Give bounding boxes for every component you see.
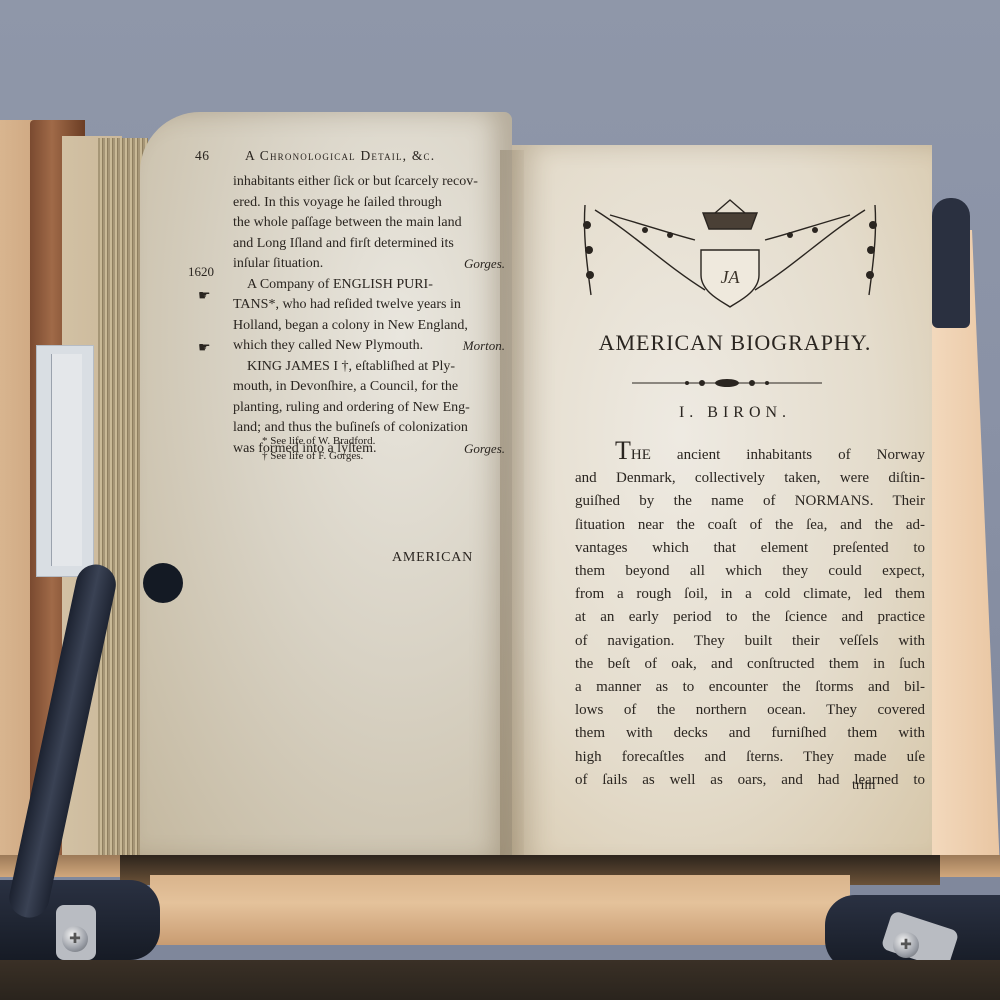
running-head-title: A Chronological Detail, &c. [245,148,435,164]
left-page-body: inhabitants either ſick or but ſcarcely … [233,172,505,459]
paper-bookmark [36,345,94,577]
screw-icon: ✚ [893,932,919,958]
footnote: † See life of F. Gorges. [262,449,375,464]
text-line: and Denmark, collectively taken, were di… [575,467,925,490]
drop-cap: T [615,436,631,465]
text-line: the beſt of oak, and conſtructed them in… [575,653,925,676]
page-holder-tip[interactable] [143,563,183,603]
stand-base-bar [150,875,850,945]
text-line: a manner as to encounter the ſtorms and … [575,676,925,699]
right-page-body: THE ancient inhabitants of Norway and De… [575,443,925,792]
chapter-title: AMERICAN BIOGRAPHY. [560,330,910,356]
section-heading: I. BIRON. [560,404,910,422]
text-line: high forecaſtles and ſterns. They made u… [575,746,925,769]
text-line: TANS*, who had reſided twelve years in [233,295,505,316]
text-line: A Company of ENGLISH PURI- [233,275,505,296]
catchword: trim [852,778,875,794]
text-line: Holland, began a colony in New England, [233,316,505,337]
text-line: THE ancient inhabitants of Norway [575,443,925,467]
text-line: guiſhed by the name of NORMANS. Their [575,490,925,513]
text-line: them beyond all which they could expect, [575,560,925,583]
footnote: * See life of W. Bradford. [262,434,375,449]
text-line: ered. In this voyage he ſailed through [233,193,505,214]
text-line: KING JAMES I †, eſtabliſhed at Ply- [233,357,505,378]
text-line: ſituation near the coaſt of the ſea, and… [575,514,925,537]
page-clip-right [932,198,970,328]
text-line: planting, ruling and ordering of New Eng… [233,398,505,419]
footnotes: * See life of W. Bradford. † See life of… [262,434,375,464]
text-line: from a rough ſoil, in a cold climate, le… [575,583,925,606]
text-line: the whole paſſage between the main land [233,213,505,234]
text-line: and Long Iſland and firſt determined its [233,234,505,255]
text-line: at an early period to the ſcience and pr… [575,606,925,629]
text-line: mouth, in Devonſhire, a Council, for the [233,377,505,398]
ornamental-rule-icon [632,378,822,388]
screw-icon: ✚ [62,926,88,952]
page-number: 46 [195,148,210,164]
text-line: lows of the northern ocean. They covered [575,699,925,722]
ornament-icon: JA [575,195,885,310]
text-line: inhabitants either ſick or but ſcarcely … [233,172,505,193]
text-line: them with decks and furniſhed them with [575,722,925,745]
svg-text:JA: JA [721,267,741,287]
text-line: vantages which that element preſented to [575,537,925,560]
pointing-hand-icon: ☛ [198,340,211,357]
catchword: AMERICAN [392,550,473,566]
pointing-hand-icon: ☛ [198,288,211,305]
text-line-rest: HE ancient inhabitants of Norway [631,447,925,463]
photo-scene: 46 A Chronological Detail, &c. 1620 ☛ ☛ … [0,0,1000,1000]
table-surface [0,960,1000,1000]
margin-year: 1620 [188,264,214,280]
text-line: of navigation. They built their veſſels … [575,630,925,653]
